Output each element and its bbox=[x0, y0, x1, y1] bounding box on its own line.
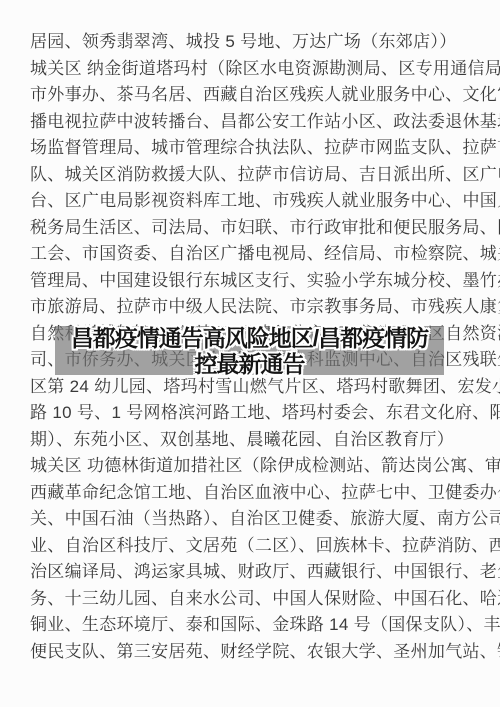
text-line: 播电视拉萨中波转播台、昌都公安工作站小区、政法委退休基地、拉萨市市 bbox=[30, 109, 470, 136]
headline-title-line-1: 昌都疫情通告高风险地区/昌都疫情防 bbox=[71, 325, 428, 351]
text-line: 税务局生活区、司法局、市妇联、市行政审批和便民服务局、团市委、市总 bbox=[30, 215, 470, 242]
text-line: 队、城关区消防救援大队、拉萨市信访局、吉日派出所、区广电局拉萨监测 bbox=[30, 162, 470, 189]
text-line: 期）、东苑小区、双创基地、晨曦花园、自治区教育厅） bbox=[30, 427, 470, 454]
text-line: 西藏革命纪念馆工地、自治区血液中心、拉萨七中、卫健委办公区、拉萨海 bbox=[30, 480, 470, 507]
text-line: 便民支队、第三安居苑、财经学院、农银大学、圣州加气站、锦江之星酒店、 bbox=[30, 639, 470, 666]
text-line: 市旅游局、拉萨市中级人民法院、市宗教事务局、市残疾人康复中心、西藏 bbox=[30, 294, 470, 321]
text-line: 务、十三幼儿园、自来水公司、中国人保财险、中国石化、哈达工地、巨龙 bbox=[30, 586, 470, 613]
text-line: 台、区广电局影视资料库工地、市残疾人就业服务中心、中国人民银行、市 bbox=[30, 188, 470, 215]
text-line: 居园、领秀翡翠湾、城投 5 号地、万达广场（东郊店）） bbox=[30, 29, 470, 56]
text-line: 业、自治区科技厅、文居苑（二区）、回族林卡、拉萨消防、西藏银行、自 bbox=[30, 533, 470, 560]
text-line: 治区编译局、鸿运家具城、财政厅、西藏银行、中国银行、老鱼庄、西藏税 bbox=[30, 559, 470, 586]
text-line: 场监督管理局、城市管理综合执法队、拉萨市网监支队、拉萨市城南交警大 bbox=[30, 135, 470, 162]
text-line: 市外事办、茶马名居、西藏自治区残疾人就业服务中心、文化宫、自治区广 bbox=[30, 82, 470, 109]
headline-overlay: 昌都疫情通告高风险地区/昌都疫情防 控最新通告 bbox=[55, 326, 444, 375]
text-line: 关、中国石油（当热路）、自治区卫健委、旅游大厦、南方公司、诺迪康药 bbox=[30, 506, 470, 533]
text-line: 区第 24 幼儿园、塔玛村雪山燃气片区、塔玛村歌舞团、宏发小区、藏大东 bbox=[30, 374, 470, 401]
text-line: 城关区 功德林街道加措社区（除伊成检测站、箭达岗公寓、审计厅生活区、 bbox=[30, 453, 470, 480]
text-line: 管理局、中国建设银行东城区支行、实验小学东城分校、墨竹办事处、拉萨 bbox=[30, 268, 470, 295]
text-line: 城关区 纳金街道塔玛村（除区水电资源勘测局、区专用通信局、西藏绿办、 bbox=[30, 56, 470, 83]
text-line: 路 10 号、1 号网格滨河路工地、塔玛村委会、东君文化府、阳吉华苑（一 bbox=[30, 400, 470, 427]
notice-document-page: 居园、领秀翡翠湾、城投 5 号地、万达广场（东郊店））城关区 纳金街道塔玛村（除… bbox=[0, 0, 500, 707]
text-line: 铜业、生态环境厅、泰和国际、金珠路 14 号（国保支队）、丰田 4S 店、110 bbox=[30, 612, 470, 639]
text-line: 工会、市国资委、自治区广播电视局、经信局、市检察院、城关区市场监督 bbox=[30, 241, 470, 268]
headline-title-line-2: 控最新通告 bbox=[195, 351, 305, 377]
